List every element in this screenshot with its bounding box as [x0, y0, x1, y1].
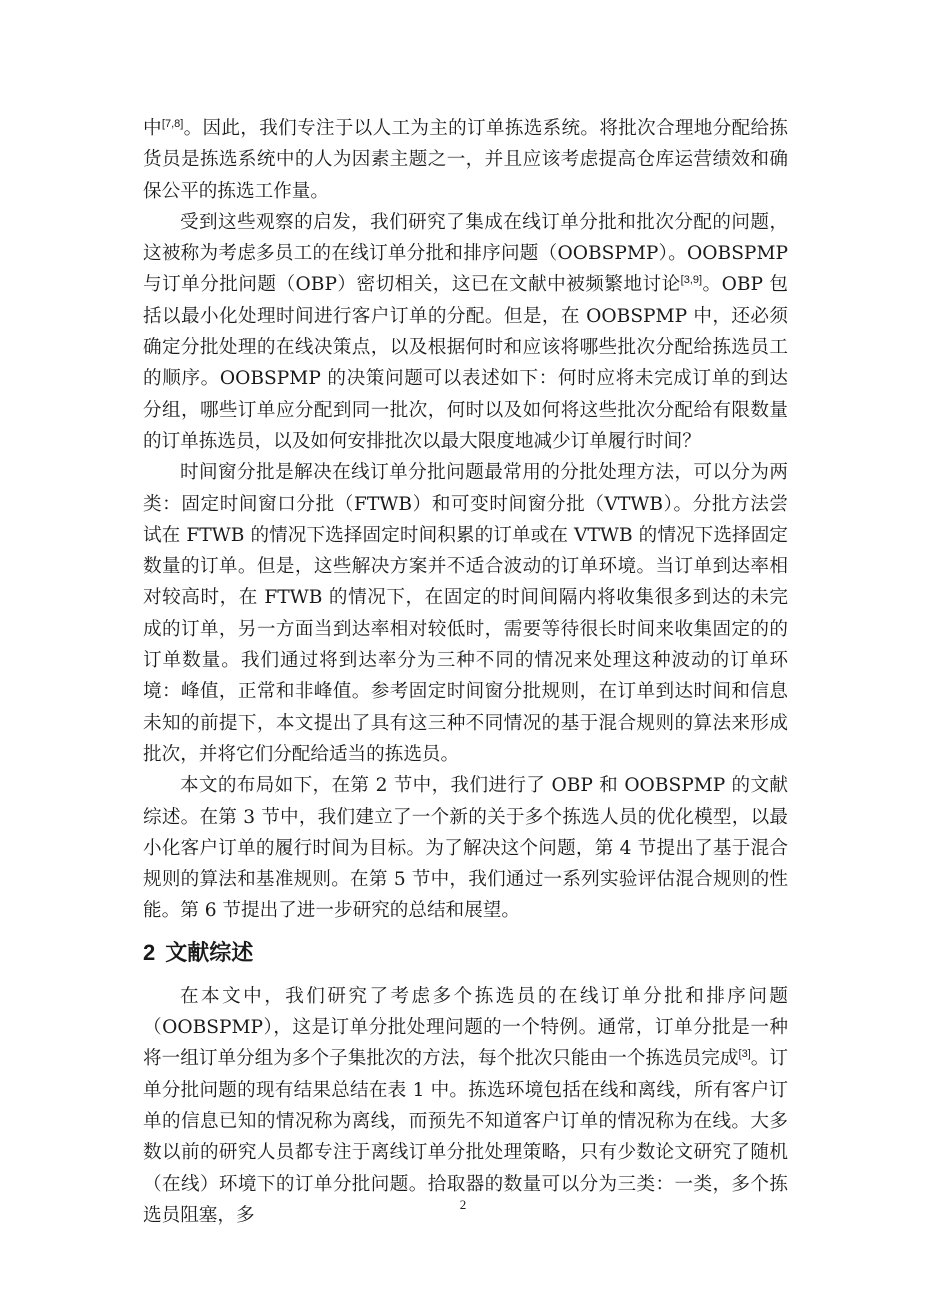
- paragraph-motivation: 受到这些观察的启发，我们研究了集成在线订单分批和批次分配的问题，这被称为考虑多员…: [143, 207, 788, 457]
- paragraph-literature-review: 在本文中，我们研究了考虑多个拣选员的在线订单分批和排序问题（OOBSPMP），这…: [143, 981, 788, 1231]
- citation-ref: [3,9]: [681, 274, 702, 286]
- section-title: 文献综述: [165, 940, 253, 965]
- section-heading: 2文献综述: [143, 937, 788, 969]
- paragraph-intro-continued: 中[7,8]。因此，我们专注于以人工为主的订单拣选系统。将批次合理地分配给拣货员…: [143, 113, 788, 207]
- document-page: 中[7,8]。因此，我们专注于以人工为主的订单拣选系统。将批次合理地分配给拣货员…: [143, 113, 788, 1231]
- text-segment: 中: [143, 118, 162, 139]
- paragraph-time-window-batching: 时间窗分批是解决在线订单分批问题最常用的分批处理方法，可以分为两类：固定时间窗口…: [143, 457, 788, 770]
- text-segment: 在本文中，我们研究了考虑多个拣选员的在线订单分批和排序问题（OOBSPMP），这…: [143, 986, 788, 1070]
- page-number: 2: [0, 1197, 926, 1213]
- text-segment: 。OBP 包括以最小化处理时间进行客户订单的分配。但是，在 OOBSPMP 中，…: [143, 274, 788, 451]
- text-segment: 本文的布局如下，在第 2 节中，我们进行了 OBP 和 OOBSPMP 的文献综…: [143, 775, 788, 921]
- paragraph-paper-outline: 本文的布局如下，在第 2 节中，我们进行了 OBP 和 OOBSPMP 的文献综…: [143, 770, 788, 926]
- citation-ref: [3]: [739, 1048, 751, 1060]
- section-number: 2: [143, 940, 155, 965]
- citation-ref: [7,8]: [162, 118, 183, 130]
- text-segment: 时间窗分批是解决在线订单分批问题最常用的分批处理方法，可以分为两类：固定时间窗口…: [143, 462, 788, 765]
- text-segment: 。因此，我们专注于以人工为主的订单拣选系统。将批次合理地分配给拣货员是拣选系统中…: [143, 118, 788, 202]
